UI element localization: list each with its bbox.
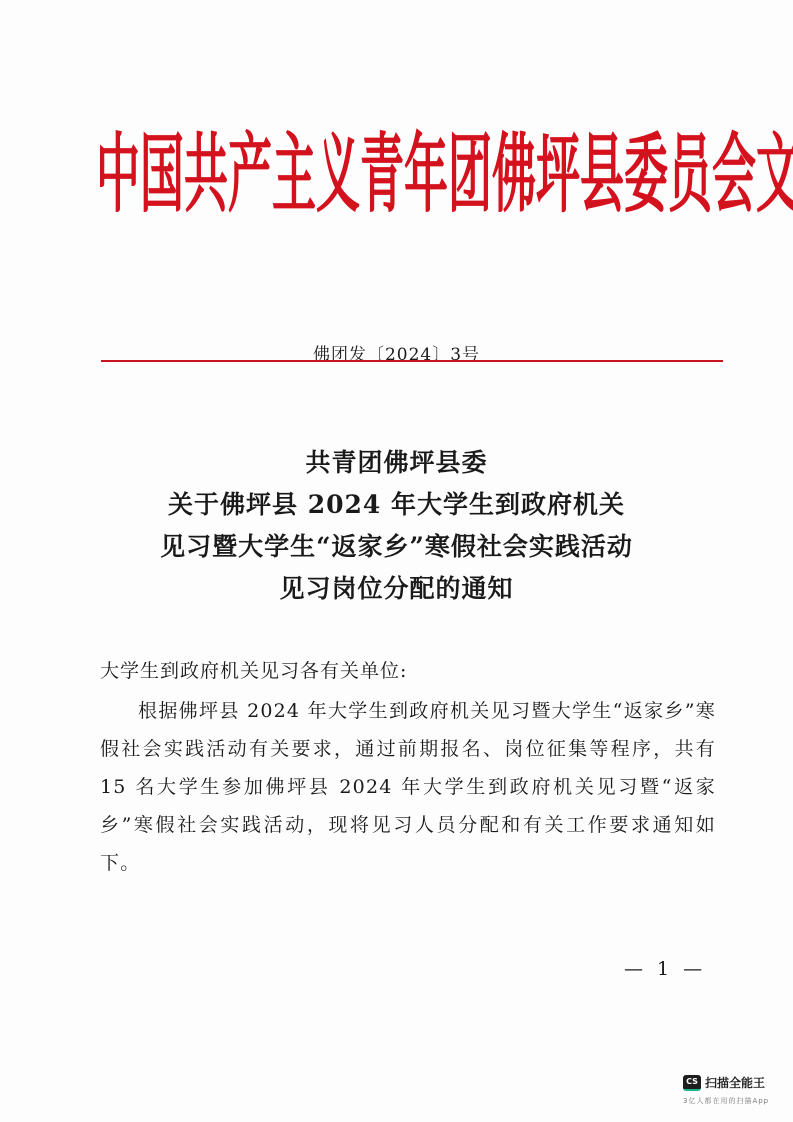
page-number: — 1 — (624, 958, 706, 980)
masthead-char: 文 (756, 133, 793, 219)
masthead-char: 中 (96, 133, 140, 219)
document-masthead: 中 国 共 产 主 义 青 年 团 佛 坪 县 委 员 会 文 件 (96, 128, 726, 224)
title-line: 共青团佛坪县委 (0, 442, 793, 484)
masthead-char: 年 (404, 133, 448, 219)
watermark-tagline: 3亿人都在用的扫描App (683, 1096, 769, 1106)
masthead-char: 坪 (536, 133, 580, 219)
masthead-char: 团 (448, 133, 492, 219)
masthead-char: 委 (624, 133, 668, 219)
masthead-char: 义 (316, 133, 360, 219)
document-title: 共青团佛坪县委 关于佛坪县 2024 年大学生到政府机关 见习暨大学生“返家乡”… (0, 442, 793, 610)
masthead-char: 青 (360, 133, 404, 219)
watermark-name: 扫描全能王 (705, 1074, 765, 1091)
title-line: 关于佛坪县 2024 年大学生到政府机关 (0, 484, 793, 526)
masthead-char: 会 (712, 133, 756, 219)
masthead-char: 主 (272, 133, 316, 219)
title-line: 见习暨大学生“返家乡”寒假社会实践活动 (0, 526, 793, 568)
masthead-char: 国 (140, 133, 184, 219)
masthead-char: 县 (580, 133, 624, 219)
addressee: 大学生到政府机关见习各有关单位: (100, 656, 407, 683)
masthead-char: 佛 (492, 133, 536, 219)
masthead-char: 共 (184, 133, 228, 219)
masthead-char: 员 (668, 133, 712, 219)
camscanner-logo-icon: CS (683, 1075, 701, 1091)
masthead-char: 产 (228, 133, 272, 219)
red-divider (101, 360, 723, 362)
scanner-watermark: CS 扫描全能王 (683, 1074, 765, 1091)
title-line: 见习岗位分配的通知 (0, 568, 793, 610)
body-paragraph: 根据佛坪县 2024 年大学生到政府机关见习暨大学生“返家乡”寒假社会实践活动有… (100, 692, 716, 882)
